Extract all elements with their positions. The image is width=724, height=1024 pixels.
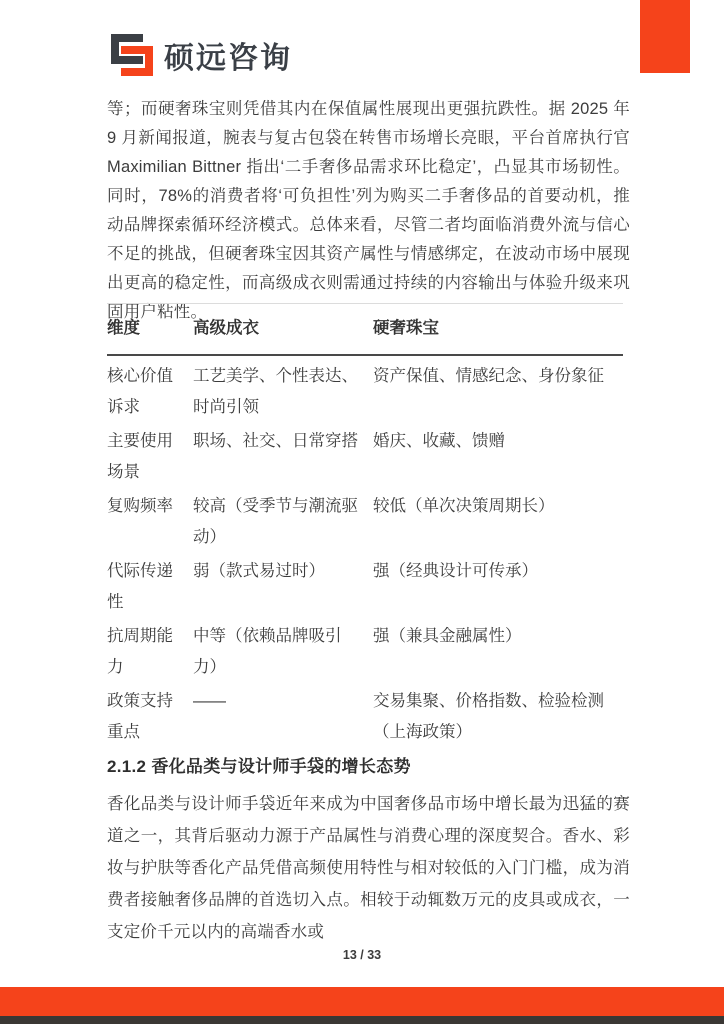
body-paragraph-2: 香化品类与设计师手袋近年来成为中国奢侈品市场中增长最为迅猛的赛道之一，其背后驱动… [107,788,630,948]
logo-bracket-orange-icon [121,46,153,76]
table-cell: 婚庆、收藏、馈赠 [373,423,623,488]
page-number: 13 / 33 [0,948,724,962]
table-cell: 中等（依赖品牌吸引力） [193,618,373,683]
brand-name: 硕远咨询 [164,33,292,77]
footer-edge-strip [0,1016,724,1024]
section-heading: 2.1.2 香化品类与设计师手袋的增长态势 [107,752,411,777]
table-cell: 强（兼具金融属性） [373,618,623,683]
table-cell: 工艺美学、个性表达、时尚引领 [193,356,373,423]
table-cell: 弱（款式易过时） [193,553,373,618]
table-row: 复购频率 较高（受季节与潮流驱动） 较低（单次决策周期长） [107,488,623,553]
table-cell: 较高（受季节与潮流驱动） [193,488,373,553]
table-header-row: 维度 高级成衣 硬奢珠宝 [107,304,623,356]
table-cell: 资产保值、情感纪念、身份象征 [373,356,623,423]
table-cell: 强（经典设计可传承） [373,553,623,618]
table-row: 抗周期能力 中等（依赖品牌吸引力） 强（兼具金融属性） [107,618,623,683]
table-row: 主要使用场景 职场、社交、日常穿搭 婚庆、收藏、馈赠 [107,423,623,488]
brand-logo: 硕远咨询 [109,32,292,78]
footer-accent-bar [0,987,724,1016]
document-page: 硕远咨询 等；而硬奢珠宝则凭借其内在保值属性展现出更强抗跌性。据 2025 年 … [0,0,724,1024]
corner-accent-block [640,0,690,73]
body-paragraph-1: 等；而硬奢珠宝则凭借其内在保值属性展现出更强抗跌性。据 2025 年 9 月新闻… [107,95,630,327]
table-header-hard-luxury: 硬奢珠宝 [373,304,623,354]
table-body: 核心价值诉求 工艺美学、个性表达、时尚引领 资产保值、情感纪念、身份象征 主要使… [107,356,623,748]
table-row: 政策支持重点 —— 交易集聚、价格指数、检验检测（上海政策） [107,683,623,748]
table-cell: 抗周期能力 [107,618,193,683]
table-cell: 政策支持重点 [107,683,193,748]
table-cell: 交易集聚、价格指数、检验检测（上海政策） [373,683,623,748]
table-row: 核心价值诉求 工艺美学、个性表达、时尚引领 资产保值、情感纪念、身份象征 [107,356,623,423]
comparison-table: 维度 高级成衣 硬奢珠宝 核心价值诉求 工艺美学、个性表达、时尚引领 资产保值、… [107,303,623,748]
table-cell: 较低（单次决策周期长） [373,488,623,553]
table-header-dimension: 维度 [107,304,193,354]
table-row: 代际传递性 弱（款式易过时） 强（经典设计可传承） [107,553,623,618]
table-cell: 主要使用场景 [107,423,193,488]
table-cell: 职场、社交、日常穿搭 [193,423,373,488]
table-cell: 核心价值诉求 [107,356,193,423]
table-cell: 代际传递性 [107,553,193,618]
brand-logo-icon [109,32,155,78]
table-cell: —— [193,683,373,748]
table-header-ready-to-wear: 高级成衣 [193,304,373,354]
table-cell: 复购频率 [107,488,193,553]
